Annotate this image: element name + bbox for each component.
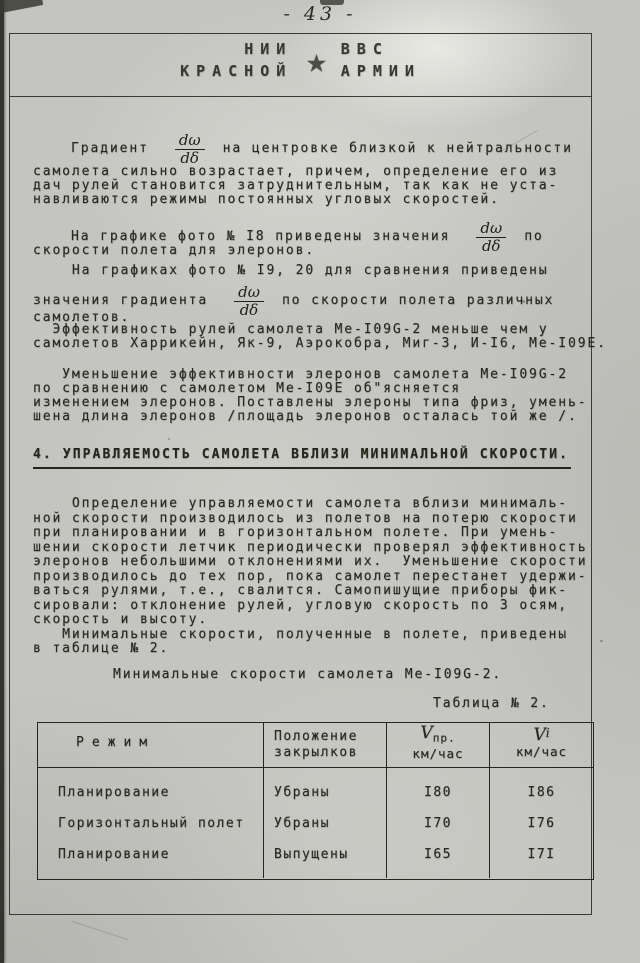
header-divider (9, 96, 592, 97)
table-cell: Планирование (38, 839, 263, 870)
table-cell: Выпущены (264, 839, 386, 870)
red-army-star-icon: ★ (306, 41, 326, 81)
min-speed-table: Режим Положение закрылков Vпр. км/час Vi… (37, 722, 594, 880)
org-line2-right: АРМИИ (341, 62, 421, 80)
table-cell: Убраны (264, 777, 386, 808)
org-header: НИИКРАСНОЙ ★ ВВСАРМИИ (9, 38, 592, 82)
paragraph-gradient-line1: Градиент dωdδ на центровке близкой к ней… (33, 129, 573, 169)
paragraph-text: по (524, 230, 543, 244)
table-caption: Минимальные скорости самолета Ме-I09G-2. (113, 668, 502, 682)
table-body: Планирование Горизонтальный полет Планир… (38, 768, 593, 878)
table-header-row: Режим Положение закрылков Vпр. км/час Vi… (38, 723, 593, 768)
paragraph-aileron-change: Уменьшение эффективности элеронов самоле… (33, 368, 587, 424)
table-cell: I7I (490, 839, 593, 870)
table-cell: I70 (387, 808, 489, 839)
table-cell: I80 (387, 777, 489, 808)
scan-edge-artifact (0, 0, 4, 963)
org-line1-right: ВВС (341, 40, 389, 58)
scanned-page: - 43 - НИИКРАСНОЙ ★ ВВСАРМИИ Градиент dω… (0, 0, 640, 963)
table-column-flaps: Убраны Убраны Выпущены (263, 768, 386, 878)
paragraph-photo18-line2: скорости полета для элеронов. (33, 244, 315, 258)
paragraph-text: Градиент (71, 142, 149, 156)
paragraph-text: по скорости полета различных (282, 294, 554, 308)
col-header-regime: Режим (38, 723, 263, 767)
col-header-vi: Vi км/час (489, 723, 593, 767)
domega-ddelta-formula: dωdδ (234, 285, 264, 318)
paragraph-gradient-rest: самолета сильно возрастает, причем, опре… (33, 165, 558, 207)
section-heading: 4. УПРАВЛЯЕМОСТЬ САМОЛЕТА ВБЛИЗИ МИНИМАЛ… (33, 446, 571, 469)
paragraph-effectiveness: Эффективность рулей самолета Ме-I09G-2 м… (33, 323, 607, 351)
table-cell: Горизонтальный полет (38, 808, 263, 839)
table-cell: I86 (490, 777, 593, 808)
org-header-right: ВВСАРМИИ (341, 38, 421, 82)
paragraph-text: значения градиента (33, 294, 208, 308)
scan-fiber (71, 921, 128, 940)
paragraph-text: на центровке близкой к нейтральности (223, 142, 573, 156)
table-column-vi: I86 I76 I7I (489, 768, 593, 878)
domega-ddelta-formula: dωdδ (476, 221, 506, 254)
table-column-vpr: I80 I70 I65 (386, 768, 489, 878)
table-cell: Планирование (38, 777, 263, 808)
table-cell: Убраны (264, 808, 386, 839)
table-label: Таблица № 2. (433, 697, 550, 711)
org-header-left: НИИКРАСНОЙ (180, 38, 292, 82)
domega-ddelta-formula: dωdδ (175, 133, 205, 166)
org-line2-left: КРАСНОЙ (180, 62, 292, 80)
table-column-regime: Планирование Горизонтальный полет Планир… (38, 768, 263, 878)
paragraph-text: На графике фото № I8 приведены значения (71, 230, 450, 244)
table-cell: I76 (490, 808, 593, 839)
table-cell: I65 (387, 839, 489, 870)
paragraph-min-speed-control: Определение управляемости самолета вблиз… (33, 497, 587, 657)
page-number: - 43 - (0, 3, 640, 25)
org-line1-left: НИИ (244, 40, 292, 58)
col-header-flaps: Положение закрылков (263, 723, 386, 767)
scan-speck (600, 640, 603, 642)
paragraph-photo19-line1: На графиках фото № I9, 20 для сравнения … (33, 264, 549, 278)
col-header-vpr: Vпр. км/час (386, 723, 489, 767)
